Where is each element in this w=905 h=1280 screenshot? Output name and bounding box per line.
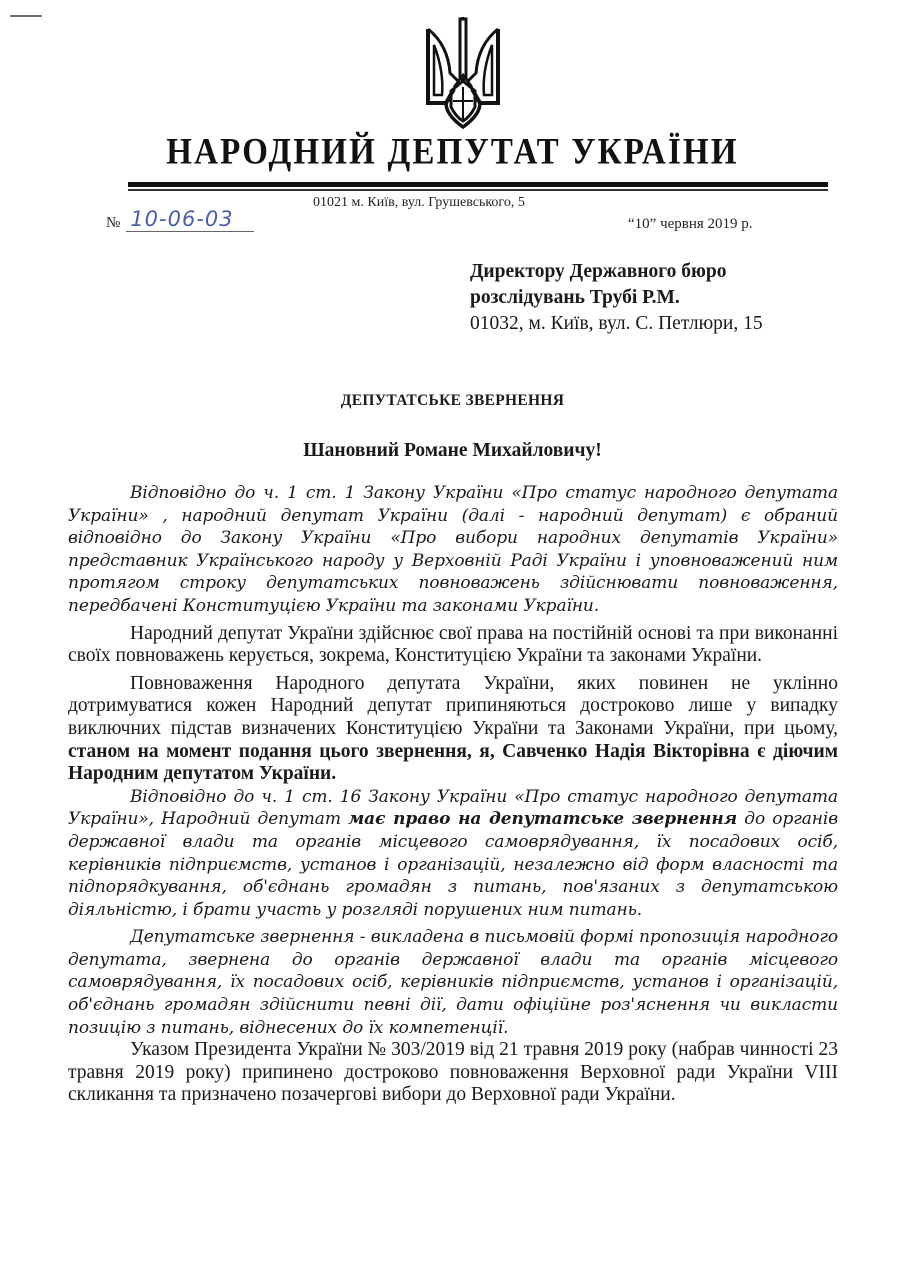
letterhead-divider (128, 182, 828, 191)
paragraph-2: Народний депутат України здійснює свої п… (68, 623, 838, 668)
paragraph-4-emphasis: має право на депутатське звернення (348, 809, 737, 829)
paragraph-1: Відповідно до ч. 1 ст. 1 Закону України … (68, 482, 838, 618)
document-title: ДЕПУТАТСЬКЕ ЗВЕРНЕННЯ (0, 392, 905, 410)
number-sign: № (106, 215, 120, 232)
reference-number: № 10-06-03 (106, 207, 254, 232)
recipient-block: Директору Державного бюро розслідувань Т… (470, 259, 763, 337)
reference-number-value: 10-06-03 (126, 207, 254, 232)
paragraph-5: Депутатське звернення - викладена в пись… (68, 926, 838, 1039)
paragraph-3-emphasis: станом на момент подання цього звернення… (68, 741, 838, 785)
paragraph-4: Відповідно до ч. 1 ст. 16 Закону України… (68, 786, 838, 922)
trident-icon (424, 15, 502, 129)
paragraph-6: Указом Президента України № 303/2019 від… (68, 1039, 838, 1107)
salutation: Шановний Романе Михайловичу! (0, 440, 905, 462)
recipient-line-2: розслідувань Трубі Р.М. (470, 285, 763, 311)
scan-mark (10, 15, 42, 17)
paragraph-3: Повноваження Народного депутата України,… (68, 673, 838, 786)
letter-body: Відповідно до ч. 1 ст. 1 Закону України … (68, 482, 838, 1107)
letterhead-title: НАРОДНИЙ ДЕПУТАТ УКРАЇНИ (0, 132, 905, 173)
recipient-address: 01032, м. Київ, вул. С. Петлюри, 15 (470, 311, 763, 337)
recipient-line-1: Директору Державного бюро (470, 259, 763, 285)
sender-address: 01021 м. Київ, вул. Грушевського, 5 (313, 195, 525, 211)
letter-date: “10” червня 2019 р. (628, 216, 753, 233)
paragraph-3-text: Повноваження Народного депутата України,… (68, 673, 838, 739)
